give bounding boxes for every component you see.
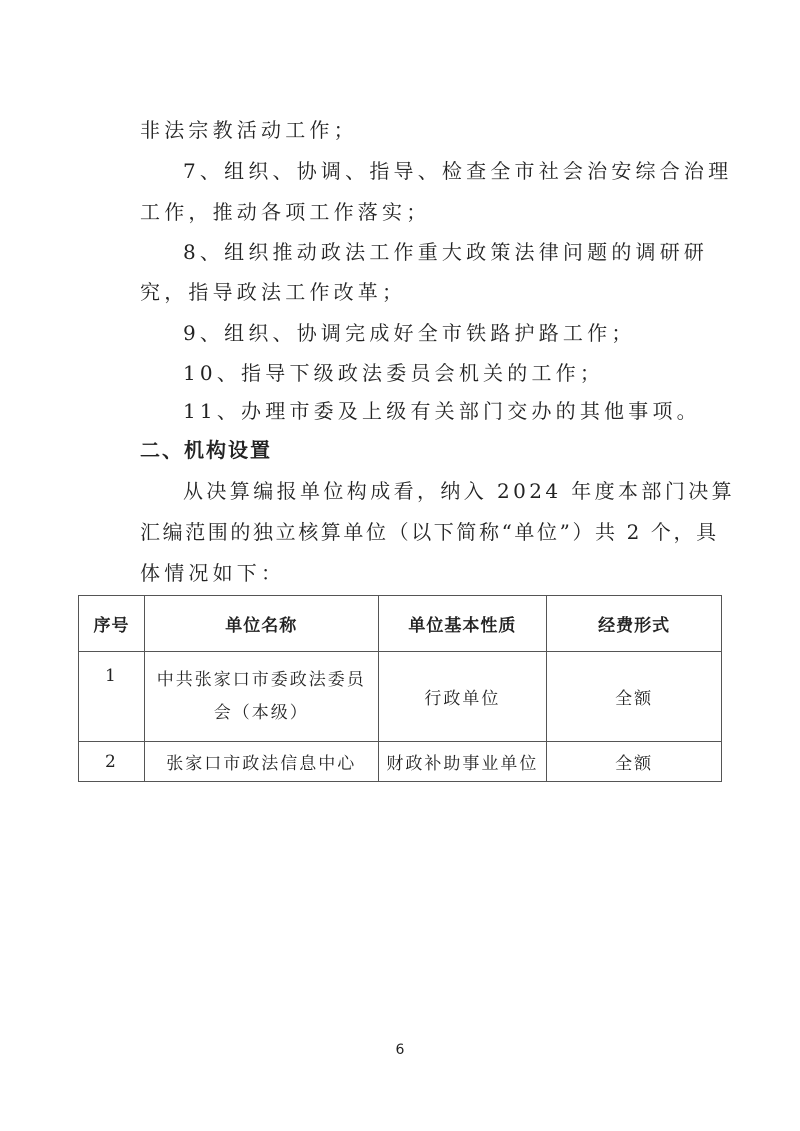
intro-paragraph-line: 汇编范围的独立核算单位（以下简称“单位”）共 2 个，具 — [140, 520, 719, 544]
list-item-8: 8、组织推动政法工作重大政策法律问题的调研研 — [183, 240, 708, 264]
header-unit-nature: 单位基本性质 — [378, 596, 547, 652]
page-number: 6 — [0, 1042, 800, 1058]
intro-paragraph-line: 体情况如下： — [140, 561, 285, 585]
cell-unit-nature: 行政单位 — [378, 652, 547, 742]
unit-name-line: 中共张家口市委政法委员 — [151, 664, 372, 697]
cell-funding-type: 全额 — [547, 742, 722, 782]
section-heading: 二、机构设置 — [140, 438, 272, 462]
body-line: 非法宗教活动工作； — [140, 118, 358, 142]
cell-unit-name: 张家口市政法信息中心 — [144, 742, 378, 782]
header-unit-name: 单位名称 — [144, 596, 378, 652]
cell-unit-nature: 财政补助事业单位 — [378, 742, 547, 782]
list-item-10: 10、指导下级政法委员会机关的工作； — [183, 361, 604, 385]
list-item-9: 9、组织、协调完成好全市铁路护路工作； — [183, 321, 636, 345]
header-seq: 序号 — [79, 596, 145, 652]
cell-seq: 2 — [79, 742, 145, 782]
body-line: 究，指导政法工作改革； — [140, 280, 406, 304]
table-header-row: 序号 单位名称 单位基本性质 经费形式 — [79, 596, 722, 652]
units-table: 序号 单位名称 单位基本性质 经费形式 1 中共张家口市委政法委员 会（本级） … — [78, 595, 722, 782]
unit-name-line: 会（本级） — [151, 697, 372, 730]
table-row: 1 中共张家口市委政法委员 会（本级） 行政单位 全额 — [79, 652, 722, 742]
intro-paragraph-line: 从决算编报单位构成看，纳入 2024 年度本部门决算 — [183, 479, 735, 503]
cell-funding-type: 全额 — [547, 652, 722, 742]
list-item-7: 7、组织、协调、指导、检查全市社会治安综合治理 — [183, 159, 732, 183]
body-line: 工作，推动各项工作落实； — [140, 200, 430, 224]
list-item-11: 11、办理市委及上级有关部门交办的其他事项。 — [183, 399, 701, 423]
table-row: 2 张家口市政法信息中心 财政补助事业单位 全额 — [79, 742, 722, 782]
cell-unit-name: 中共张家口市委政法委员 会（本级） — [144, 652, 378, 742]
cell-seq: 1 — [79, 652, 145, 742]
header-funding-type: 经费形式 — [547, 596, 722, 652]
